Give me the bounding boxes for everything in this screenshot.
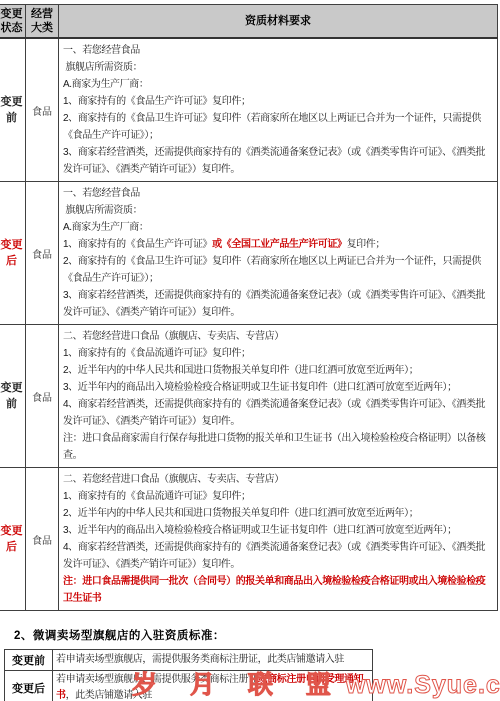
requirement-paragraph: A.商家为生产厂商： (63, 219, 494, 236)
header-change-status-line1: 变更 (1, 8, 23, 20)
changed-text-segment: 或《全国工业产品生产许可证》 (212, 239, 346, 250)
requirement-paragraph: 二、若您经营进口食品（旗舰店、专卖店、专营店） (63, 328, 494, 345)
header-change-status-line2: 状态 (1, 22, 23, 34)
text-segment: 1、商家持有的《食品生产许可证》复印件； (63, 96, 251, 107)
text-segment: 1、商家持有的《食品流通许可证》复印件； (63, 491, 251, 502)
text-segment: 4、商家若经营酒类，还需提供商家持有的《酒类流通备案登记表》（或《酒类零售许可证… (63, 542, 485, 570)
business-category-cell: 食品 (26, 325, 59, 468)
business-category-cell: 食品 (26, 38, 59, 182)
section2-heading: 2、微调卖场型旗舰店的入驻资质标准： (14, 627, 500, 643)
change-status-cell: 变更前 (0, 38, 26, 182)
requirement-paragraph: 3、近半年内的商品出入境检验检疫合格证明或卫生证书复印件（进口红酒可放宽至近两年… (63, 522, 494, 539)
text-segment: 二、若您经营进口食品（旗舰店、专卖店、专营店） (63, 474, 284, 485)
text-segment: 2、商家持有的《食品卫生许可证》复印件（若商家所在地区以上两证已合并为一个证件，… (63, 256, 481, 284)
changed-text-segment: 注：进口食品需提供同一批次（合同号）的报关单和商品出入境检验检疫合格证明或出入境… (63, 576, 485, 604)
requirement-paragraph: 旗舰店所需资质： (63, 59, 494, 76)
requirement-paragraph: 3、近半年内的商品出入境检验检疫合格证明或卫生证书复印件（进口红酒可放宽至近两年… (63, 379, 494, 396)
requirements-cell: 二、若您经营进口食品（旗舰店、专卖店、专营店）1、商家持有的《食品流通许可证》复… (59, 325, 498, 468)
text-segment: 2、近半年内的中华人民共和国进口货物报关单复印件（进口红酒可放宽至近两年）； (63, 365, 418, 376)
requirement-paragraph: 4、商家若经营酒类，还需提供商家持有的《酒类流通备案登记表》（或《酒类零售许可证… (63, 396, 494, 430)
text-segment: A.商家为生产厂商： (63, 222, 148, 233)
header-business-category: 经营大类 (26, 5, 59, 39)
header-business-category-line2: 大类 (31, 22, 53, 34)
text-segment: 3、近半年内的商品出入境检验检疫合格证明或卫生证书复印件（进口红酒可放宽至近两年… (63, 382, 457, 393)
qualification-requirements-table: 变更状态 经营大类 资质材料要求 变更前食品一、若您经营食品 旗舰店所需资质：A… (0, 4, 498, 611)
text-segment: 若申请卖场型旗舰店，需提供服务类商标注册证，此类店铺邀请入驻 (56, 654, 344, 665)
header-qualification-requirements: 资质材料要求 (59, 5, 498, 39)
text-segment: 复印件； (347, 239, 385, 250)
requirement-paragraph: 2、商家持有的《食品卫生许可证》复印件（若商家所在地区以上两证已合并为一个证件，… (63, 253, 494, 287)
requirement-paragraph: 1、商家持有的《食品生产许可证》或《全国工业产品生产许可证》复印件； (63, 236, 494, 253)
text-segment: 一、若您经营食品 (63, 188, 140, 199)
requirement-paragraph: 3、商家若经营酒类，还需提供商家持有的《酒类流通备案登记表》（或《酒类零售许可证… (63, 287, 494, 321)
text-segment: 二、若您经营进口食品（旗舰店、专卖店、专营店） (63, 331, 284, 342)
text-segment: 2、近半年内的中华人民共和国进口货物报关单复印件（进口红酒可放宽至近两年）； (63, 508, 418, 519)
watermark-site-name: 岁 月 联 盟 (132, 671, 344, 699)
watermark: 岁 月 联 盟www.Syue.com (132, 665, 500, 701)
requirement-paragraph: 4、商家若经营酒类，还需提供商家持有的《酒类流通备案登记表》（或《酒类零售许可证… (63, 539, 494, 573)
change-status-cell: 变更后 (0, 468, 26, 611)
requirement-paragraph: 二、若您经营进口食品（旗舰店、专卖店、专营店） (63, 471, 494, 488)
requirement-paragraph: 2、近半年内的中华人民共和国进口货物报关单复印件（进口红酒可放宽至近两年）； (63, 505, 494, 522)
text-segment: 旗舰店所需资质： (63, 205, 142, 216)
text-segment: 4、商家若经营酒类，还需提供商家持有的《酒类流通备案登记表》（或《酒类零售许可证… (63, 399, 485, 427)
document-page: 变更状态 经营大类 资质材料要求 变更前食品一、若您经营食品 旗舰店所需资质：A… (0, 0, 500, 701)
change-status-cell: 变更前 (5, 650, 53, 671)
table-row: 变更后食品一、若您经营食品 旗舰店所需资质：A.商家为生产厂商：1、商家持有的《… (0, 182, 498, 325)
requirement-paragraph: 2、近半年内的中华人民共和国进口货物报关单复印件（进口红酒可放宽至近两年）； (63, 362, 494, 379)
business-category-cell: 食品 (26, 468, 59, 611)
change-status-cell: 变更后 (0, 182, 26, 325)
requirement-paragraph: 1、商家持有的《食品生产许可证》复印件； (63, 93, 494, 110)
table-header-row: 变更状态 经营大类 资质材料要求 (0, 5, 498, 39)
text-segment: A.商家为生产厂商： (63, 79, 148, 90)
requirements-cell: 一、若您经营食品 旗舰店所需资质：A.商家为生产厂商：1、商家持有的《食品生产许… (59, 182, 498, 325)
text-segment: 3、近半年内的商品出入境检验检疫合格证明或卫生证书复印件（进口红酒可放宽至近两年… (63, 525, 457, 536)
text-segment: 注：进口食品商家需自行保存每批进口货物的报关单和卫生证书（出入境检验检疫合格证明… (63, 433, 485, 461)
header-business-category-line1: 经营 (31, 8, 53, 20)
requirement-paragraph: 1、商家持有的《食品流通许可证》复印件； (63, 345, 494, 362)
requirement-paragraph: 2、商家持有的《食品卫生许可证》复印件（若商家所在地区以上两证已合并为一个证件，… (63, 110, 494, 144)
requirements-cell: 一、若您经营食品 旗舰店所需资质：A.商家为生产厂商：1、商家持有的《食品生产许… (59, 38, 498, 182)
requirements-cell: 二、若您经营进口食品（旗舰店、专卖店、专营店）1、商家持有的《食品流通许可证》复… (59, 468, 498, 611)
table-row: 变更前食品二、若您经营进口食品（旗舰店、专卖店、专营店）1、商家持有的《食品流通… (0, 325, 498, 468)
requirement-paragraph: 旗舰店所需资质： (63, 202, 494, 219)
change-status-cell: 变更后 (5, 671, 53, 701)
header-change-status: 变更状态 (0, 5, 26, 39)
text-segment: 3、商家若经营酒类，还需提供商家持有的《酒类流通备案登记表》（或《酒类零售许可证… (63, 290, 485, 318)
requirement-paragraph: 一、若您经营食品 (63, 185, 494, 202)
requirement-paragraph: A.商家为生产厂商： (63, 76, 494, 93)
text-segment: 2、商家持有的《食品卫生许可证》复印件（若商家所在地区以上两证已合并为一个证件，… (63, 113, 481, 141)
text-segment: 1、商家持有的《食品生产许可证》 (63, 239, 212, 250)
watermark-site-url: www.Syue.com (346, 671, 500, 699)
text-segment: 一、若您经营食品 (63, 45, 140, 56)
table-row: 变更后食品二、若您经营进口食品（旗舰店、专卖店、专营店）1、商家持有的《食品流通… (0, 468, 498, 611)
text-segment: 1、商家持有的《食品流通许可证》复印件； (63, 348, 251, 359)
requirement-paragraph: 1、商家持有的《食品流通许可证》复印件； (63, 488, 494, 505)
table-row: 变更前食品一、若您经营食品 旗舰店所需资质：A.商家为生产厂商：1、商家持有的《… (0, 38, 498, 182)
requirement-paragraph: 一、若您经营食品 (63, 42, 494, 59)
requirement-paragraph: 注：进口食品商家需自行保存每批进口货物的报关单和卫生证书（出入境检验检疫合格证明… (63, 430, 494, 464)
change-status-cell: 变更前 (0, 325, 26, 468)
requirement-paragraph: 注：进口食品需提供同一批次（合同号）的报关单和商品出入境检验检疫合格证明或出入境… (63, 573, 494, 607)
text-segment: 3、商家若经营酒类，还需提供商家持有的《酒类流通备案登记表》（或《酒类零售许可证… (63, 147, 485, 175)
text-segment: 旗舰店所需资质： (63, 62, 142, 73)
requirement-paragraph: 3、商家若经营酒类，还需提供商家持有的《酒类流通备案登记表》（或《酒类零售许可证… (63, 144, 494, 178)
business-category-cell: 食品 (26, 182, 59, 325)
